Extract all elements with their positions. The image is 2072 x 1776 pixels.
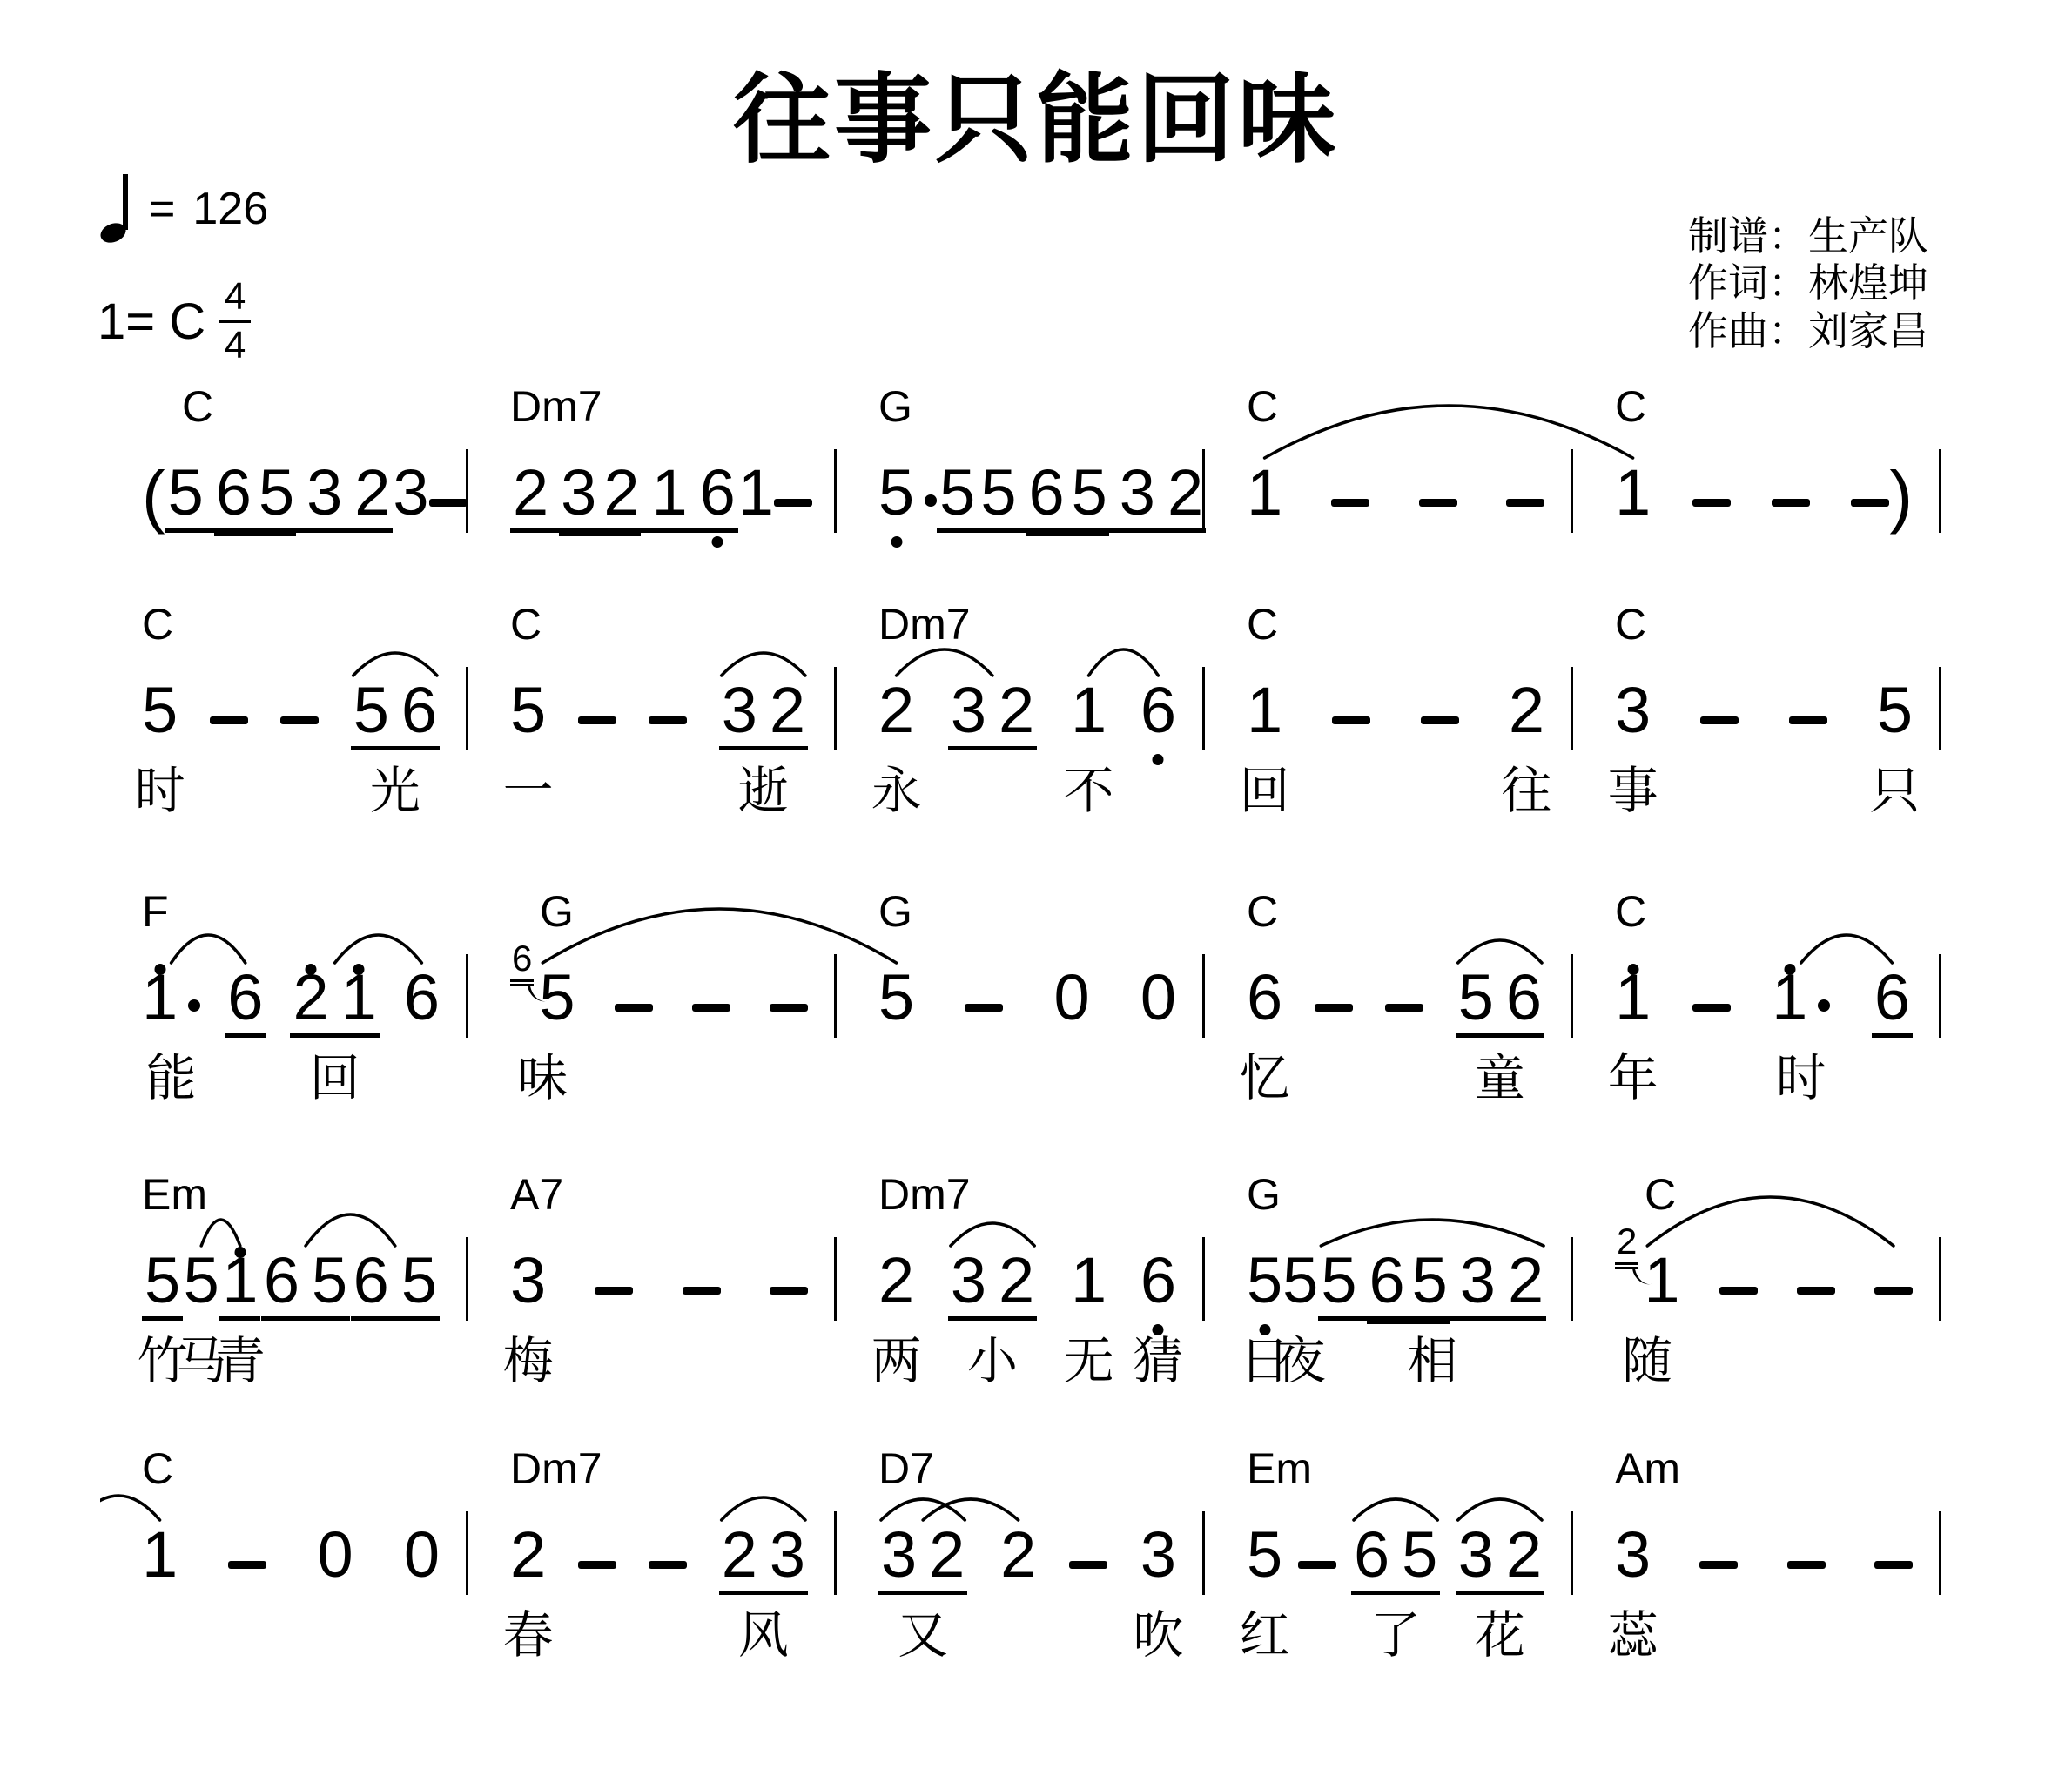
dash-note	[615, 958, 653, 1038]
lyric-char: 夜	[1275, 1336, 1326, 1387]
note-digit: 1	[222, 1248, 258, 1313]
augmentation-dot	[925, 494, 937, 507]
note-digit: 0	[1054, 965, 1090, 1038]
high-octave-dot	[234, 1247, 246, 1258]
note-digit: 2	[878, 678, 914, 750]
dash-note	[1385, 958, 1423, 1038]
dash-beat	[1772, 499, 1810, 507]
lyric-char: 花	[1475, 1611, 1525, 1661]
dash-beat	[1298, 1561, 1336, 1569]
lyric-char: 回	[1240, 766, 1290, 817]
note: 1	[1615, 958, 1651, 1038]
note-digit: 5	[184, 1248, 219, 1321]
note-digit: 1	[1772, 965, 1807, 1038]
note-digit: 5	[259, 461, 294, 525]
dash-beat	[649, 716, 687, 724]
sixteenth-subgroup: 32	[561, 461, 639, 525]
measure: 500	[837, 958, 1202, 1038]
note-digit: 5	[539, 965, 575, 1038]
note-digit: 3	[306, 461, 342, 525]
dash-beat	[1331, 499, 1369, 507]
barline	[1939, 667, 1941, 750]
lyric-char: 年	[1608, 1053, 1658, 1104]
dash-beat	[965, 1004, 1003, 1012]
note-group: 23	[719, 1515, 808, 1595]
lyric-char: 春	[503, 1611, 554, 1661]
note: 2	[878, 670, 914, 750]
dash-beat	[683, 1287, 721, 1295]
note-group: 32	[1456, 1515, 1544, 1595]
dash-beat	[1069, 1561, 1107, 1569]
lyric-char: 回	[310, 1053, 360, 1104]
note-digit: 6	[353, 1248, 389, 1313]
beam-group: 21	[290, 965, 379, 1038]
note-digit: 2	[293, 965, 328, 1030]
dash-beat	[1315, 1004, 1353, 1012]
note-digit: 1	[1615, 965, 1651, 1038]
dash-note	[1331, 453, 1369, 533]
lyric-char: 一	[503, 766, 554, 817]
note: 1	[1615, 453, 1651, 533]
dash-note	[228, 1515, 266, 1595]
rest-note: 0	[404, 1515, 440, 1595]
measure: 1	[1205, 453, 1571, 533]
chord-label: C	[1645, 1173, 1676, 1216]
note-digit: 2	[1509, 678, 1544, 750]
rest-note: 0	[1054, 958, 1090, 1038]
chord-label: D7	[878, 1447, 934, 1490]
note-digit: 5	[1458, 965, 1494, 1030]
dash-note	[1787, 1515, 1826, 1595]
dash-note	[1419, 453, 1457, 533]
note-digit: 3	[1615, 678, 1651, 750]
measure: 532	[468, 670, 834, 750]
note-digit: 3	[770, 1523, 805, 1587]
note: 3	[1615, 670, 1651, 750]
note-digit: 3	[722, 678, 757, 743]
sixteenth-subgroup: 65	[216, 461, 294, 525]
lyric-char: 永	[871, 766, 922, 817]
note: 3	[393, 453, 428, 533]
lyric-char: 不	[1064, 766, 1114, 817]
dash-beat	[1421, 716, 1459, 724]
measure: 1)	[1573, 453, 1939, 533]
dash-beat	[615, 1004, 653, 1012]
measure: 100	[100, 1515, 466, 1595]
note-digit: 3	[1460, 1248, 1496, 1313]
note-digit: 3	[881, 1523, 917, 1587]
dash-note	[578, 670, 616, 750]
dash-note	[1692, 958, 1731, 1038]
dash-beat	[1789, 716, 1827, 724]
score-line: 556532232161235CCDm7CC时光一逝永不回往事只	[100, 601, 1941, 862]
note-group: 32	[719, 670, 808, 750]
note: 5	[1877, 670, 1913, 750]
lyric-char: 只	[1869, 766, 1920, 817]
measure: 23216	[837, 670, 1202, 750]
dash-note	[280, 670, 319, 750]
dash-note	[649, 1515, 687, 1595]
measure: 3	[468, 1241, 834, 1321]
note-digit: 1	[341, 965, 377, 1030]
dash-note	[1298, 1515, 1336, 1595]
measure: 16216	[100, 958, 466, 1038]
lyric-char: 又	[898, 1611, 948, 1661]
note-digit: 2	[929, 1523, 965, 1587]
measure: 232161	[468, 453, 834, 533]
lyric-char: 童	[1475, 1053, 1525, 1104]
chord-label: C	[142, 602, 173, 646]
beam-group: 23	[719, 1523, 808, 1595]
measure: 5556532	[837, 453, 1202, 533]
dash-note	[1874, 1241, 1913, 1321]
note-digit: 6	[404, 965, 440, 1038]
note-digit: 5	[401, 1248, 437, 1313]
beam-group: 6	[225, 965, 266, 1038]
note-digit: 6	[700, 461, 736, 525]
dash-beat	[1874, 1287, 1913, 1295]
chord-label: C	[1247, 385, 1278, 428]
dash-note	[770, 1241, 808, 1321]
note-group: 5	[142, 1241, 183, 1321]
dash-note	[1719, 1241, 1758, 1321]
dash-note	[578, 1515, 616, 1595]
note: 5	[878, 453, 937, 533]
dash-beat	[1700, 716, 1739, 724]
note: 5	[510, 670, 546, 750]
lyric-char: 相	[1407, 1336, 1457, 1387]
dash-beat	[1874, 1561, 1913, 1569]
note-digit: 0	[1140, 965, 1176, 1038]
lyric-char: 了	[1370, 1611, 1421, 1661]
augmentation-dot	[1818, 999, 1830, 1012]
note: 21	[1615, 1241, 1680, 1321]
dash-beat	[280, 716, 319, 724]
dash-note	[770, 958, 808, 1038]
dash-note	[692, 958, 730, 1038]
note: 5	[1247, 1241, 1282, 1321]
note: 2	[510, 1515, 546, 1595]
note-group: 56532	[1318, 1241, 1546, 1321]
score-line: 1002233223565323CDm7D7EmAm春风又吹红了花蕊	[100, 1445, 1941, 1706]
dash-beat	[1797, 1287, 1835, 1295]
note-digit: 6	[401, 678, 437, 743]
beam-group: 32	[719, 678, 808, 750]
dash-beat	[770, 1004, 808, 1012]
note: 1	[1247, 670, 1282, 750]
note-digit: 1	[1247, 678, 1282, 750]
note: 3	[1615, 1515, 1651, 1595]
dash-beat	[1419, 499, 1457, 507]
lyric-char: 吹	[1133, 1611, 1183, 1661]
note-group: 65	[351, 1241, 440, 1321]
chord-label: C	[1247, 602, 1278, 646]
measure: 21	[1573, 1241, 1939, 1321]
chord-label: C	[1615, 890, 1646, 933]
lyric-char: 时	[1776, 1053, 1826, 1104]
beam-group: 56532	[165, 461, 394, 533]
note: 2	[1509, 670, 1544, 750]
chord-label: C	[182, 385, 213, 428]
beam-group: 5	[142, 1248, 183, 1321]
dash-note	[1069, 1515, 1107, 1595]
score-line: 5516565323216555653221EmA7Dm7GC竹马青梅两小无猜日…	[100, 1171, 1941, 1432]
note-digit: 1	[1071, 1248, 1107, 1321]
measure: 65	[468, 958, 834, 1038]
dash-beat	[774, 499, 812, 507]
dash-note	[1874, 1515, 1913, 1595]
chord-label: G	[878, 890, 912, 933]
dash-beat	[1385, 1004, 1423, 1012]
low-octave-dot	[891, 536, 902, 548]
low-octave-dot	[1153, 754, 1164, 765]
note-group: 32	[948, 670, 1037, 750]
note-digit: 5	[1877, 678, 1913, 750]
note: 1	[738, 453, 774, 533]
chord-label: C	[510, 602, 542, 646]
low-octave-dot	[712, 536, 723, 548]
note: 1	[142, 958, 200, 1038]
note-digit: 6	[216, 461, 252, 525]
lyric-char: 味	[517, 1053, 568, 1104]
chord-label: C	[1615, 602, 1646, 646]
note-digit: 5	[145, 1248, 180, 1313]
dash-note	[649, 670, 687, 750]
dash-beat	[1692, 499, 1731, 507]
score-line: 1621665500656116FGGCC能回味忆童年时	[100, 888, 1941, 1149]
note-group: 5	[937, 453, 978, 533]
note-digit: 3	[1120, 461, 1155, 525]
dash-note	[1789, 670, 1827, 750]
note-row: 1002233223565323	[100, 1508, 1941, 1595]
high-octave-dot	[1627, 964, 1638, 975]
note-digit: 5	[1247, 1523, 1282, 1595]
note: 2	[1000, 1515, 1036, 1595]
note-digit: 5	[168, 461, 204, 525]
note-digit: 2	[1508, 1248, 1544, 1313]
note: 6	[404, 958, 440, 1038]
note: 1	[1772, 958, 1830, 1038]
dash-note: )	[1851, 453, 1913, 533]
note-digit: 6	[264, 1248, 299, 1313]
note: 5	[184, 1241, 219, 1321]
note-digit: 2	[1506, 1523, 1542, 1587]
note-digit: 2	[354, 461, 390, 525]
note-digit: 2	[1000, 1523, 1036, 1595]
note-digit: 5	[1321, 1248, 1356, 1313]
barline	[1939, 954, 1941, 1038]
note-digit: 5	[312, 1248, 347, 1313]
note-group: 32	[878, 1515, 967, 1595]
chord-label: Dm7	[510, 1447, 602, 1490]
note-digit: 1	[738, 461, 774, 533]
chord-label: Dm7	[878, 602, 971, 646]
dash-note	[1332, 670, 1370, 750]
lyric-char: 忆	[1240, 1053, 1290, 1104]
chord-label: C	[1247, 890, 1278, 933]
note-digit: 3	[951, 678, 986, 743]
note-digit: 2	[770, 678, 805, 743]
note-group: 56	[351, 670, 440, 750]
note: 6	[1247, 958, 1282, 1038]
note: 3	[1140, 1515, 1176, 1595]
note-group: 65	[261, 1241, 350, 1321]
beam-group: 56532	[1318, 1248, 1546, 1321]
chord-label: F	[142, 890, 169, 933]
augmentation-dot	[188, 999, 200, 1012]
dash-beat	[1719, 1287, 1758, 1295]
dash-beat	[1692, 1004, 1731, 1012]
beam-group: 56	[351, 678, 440, 750]
beam-group: 5	[937, 461, 978, 533]
dash-beat	[228, 1561, 266, 1569]
measure: 116	[1573, 958, 1939, 1038]
dash-note	[1506, 453, 1544, 533]
high-octave-dot	[353, 964, 365, 975]
dash-beat	[770, 1287, 808, 1295]
measure: 556	[100, 670, 466, 750]
dash-beat	[1699, 1561, 1738, 1569]
note-row: 556532232161235	[100, 663, 1941, 750]
lyric-char: 红	[1240, 1611, 1290, 1661]
note-digit: 5	[1412, 1248, 1448, 1313]
note: 3	[510, 1241, 546, 1321]
note-row: 5516565323216555653221	[100, 1234, 1941, 1321]
beam-group: 56	[1456, 965, 1544, 1038]
beam-group: 65	[1351, 1523, 1440, 1595]
note-digit: 6	[1028, 461, 1064, 525]
measure: 12	[1205, 670, 1571, 750]
rest-note: 0	[1140, 958, 1176, 1038]
note-digit: 2	[510, 1523, 546, 1595]
note-digit: 5	[1282, 1248, 1318, 1321]
note-digit: 2	[1167, 461, 1203, 525]
chord-label: Em	[1247, 1447, 1312, 1490]
note-group: 65	[1351, 1515, 1440, 1595]
note-digit: 3	[393, 461, 428, 533]
chord-label: Em	[142, 1173, 207, 1216]
note: 65	[510, 958, 575, 1038]
note-digit: 5	[142, 678, 178, 750]
note-row: (565323232161555653211)	[100, 446, 1941, 533]
chord-label: C	[142, 1447, 173, 1490]
dash-beat	[692, 1004, 730, 1012]
dash-note	[774, 453, 812, 533]
beam-group: 32	[948, 678, 1037, 750]
chord-label: Dm7	[510, 385, 602, 428]
measure: 3223	[837, 1515, 1202, 1595]
note-digit: 0	[318, 1523, 353, 1595]
score: (565323232161555653211)CDm7GCC5565322321…	[100, 0, 1941, 1776]
dash-note	[965, 958, 1003, 1038]
beam-group: 32	[948, 1248, 1037, 1321]
sixteenth-subgroup: 65	[1028, 461, 1107, 525]
note-group: 6	[1872, 958, 1913, 1038]
note: 1	[1071, 1241, 1107, 1321]
chord-label: Dm7	[878, 1173, 971, 1216]
note: 1	[142, 1515, 178, 1595]
barline	[1939, 449, 1941, 533]
note-group: 56532	[978, 453, 1206, 533]
note-digit: 2	[722, 1523, 757, 1587]
measure: (565323	[100, 453, 466, 533]
note: 5	[878, 958, 914, 1038]
dash-beat	[578, 716, 616, 724]
beam-group: 32	[878, 1523, 967, 1595]
beam-group: 6	[1872, 965, 1913, 1038]
note-digit: 1	[1644, 1248, 1679, 1321]
lyric-char: 梅	[503, 1336, 554, 1387]
dash-note	[683, 1241, 721, 1321]
measure: 56532	[1205, 1515, 1571, 1595]
note-digit: 2	[999, 1248, 1034, 1313]
note-digit: 6	[1874, 965, 1910, 1030]
barline	[1939, 1237, 1941, 1321]
lyric-char: 两	[871, 1336, 922, 1387]
note-digit: 3	[561, 461, 596, 525]
note-digit: 5	[1072, 461, 1107, 525]
grace-note: 2	[1615, 1223, 1638, 1265]
dash-note	[1700, 670, 1739, 750]
lyric-char: 无	[1064, 1336, 1114, 1387]
dash-beat	[649, 1561, 687, 1569]
note-digit: 0	[404, 1523, 440, 1595]
measure: 35	[1573, 670, 1939, 750]
note: 6	[1140, 670, 1176, 750]
note-digit: 1	[142, 1523, 178, 1595]
note-group: 56	[1456, 958, 1544, 1038]
dash-note	[1772, 453, 1810, 533]
dash-beat	[1787, 1561, 1826, 1569]
note-digit: 2	[513, 461, 548, 525]
chord-label: C	[1615, 385, 1646, 428]
barline	[1939, 1511, 1941, 1595]
dash-beat	[1851, 499, 1889, 507]
measure: 656	[1205, 958, 1571, 1038]
note-digit: 6	[1354, 1523, 1389, 1587]
note-digit: 3	[1458, 1523, 1494, 1587]
high-octave-dot	[1784, 964, 1795, 975]
note-group: (56532	[142, 453, 393, 533]
note: 5	[142, 670, 178, 750]
note-digit: 1	[1247, 461, 1282, 533]
beam-group: 32	[1456, 1523, 1544, 1595]
note-digit: 1	[651, 461, 687, 525]
note-digit: 5	[353, 678, 389, 743]
open-paren: (	[142, 461, 165, 531]
lyric-char: 时	[135, 766, 185, 817]
measure: 5556532	[1205, 1241, 1571, 1321]
high-octave-dot	[306, 964, 317, 975]
sheet-music-page: 往事只能回味 = 126 1= C 4 4 制谱：生产队 作词：林煌坤 作曲：刘…	[0, 0, 2072, 1776]
lyric-char: 蕊	[1608, 1611, 1658, 1661]
lyric-char: 小	[967, 1336, 1018, 1387]
note-digit: 3	[1140, 1523, 1176, 1595]
beam-group: 65	[351, 1248, 440, 1321]
note-digit: 5	[1402, 1523, 1437, 1587]
note-digit: 1	[1071, 678, 1107, 750]
chord-label: Am	[1615, 1447, 1680, 1490]
lyric-char: 光	[370, 766, 420, 817]
measure: 223	[468, 1515, 834, 1595]
rest-note: 0	[318, 1515, 353, 1595]
dash-note	[1692, 453, 1731, 533]
note-digit: 5	[939, 461, 975, 525]
grace-note: 6	[510, 940, 534, 982]
beam-group: 23216	[510, 461, 738, 533]
note-digit: 5	[980, 461, 1016, 525]
lyric-char: 事	[1608, 766, 1658, 817]
